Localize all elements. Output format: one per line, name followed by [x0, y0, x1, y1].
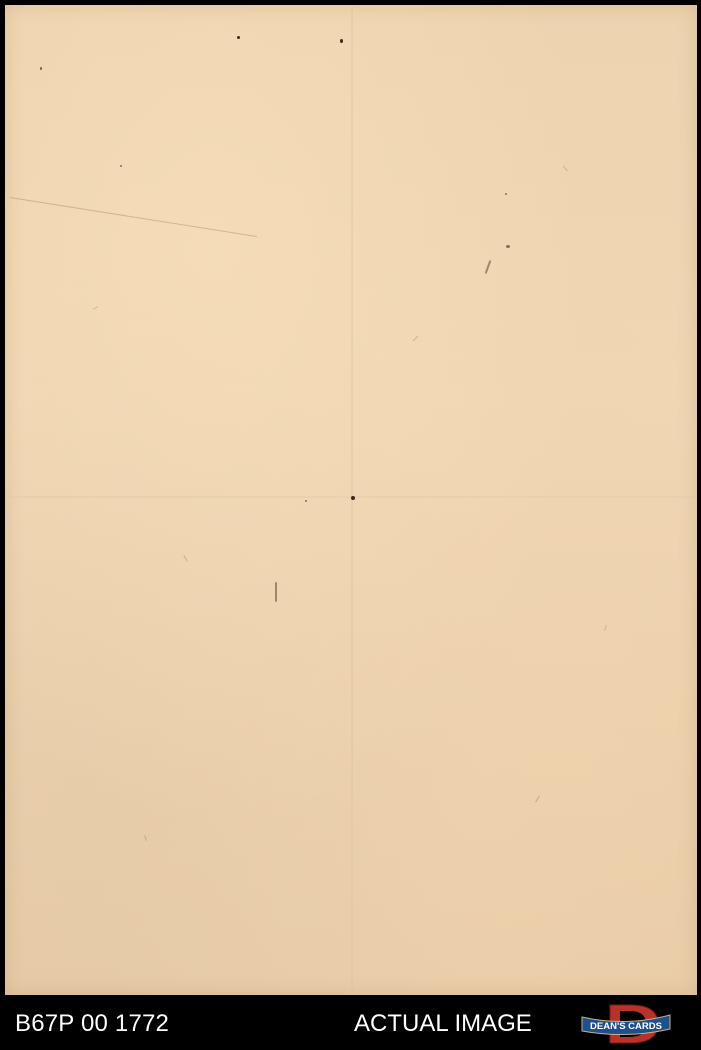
fiber	[144, 835, 147, 841]
deans-cards-logo: DEAN'S CARDS	[580, 1003, 672, 1045]
fiber	[535, 795, 540, 802]
actual-image-label: ACTUAL IMAGE	[354, 1010, 532, 1038]
fiber	[604, 625, 607, 631]
card-id-label: B67P 00 1772	[15, 1010, 169, 1038]
vertical-fold-line	[351, 5, 353, 995]
fiber	[485, 260, 492, 274]
speck	[120, 165, 122, 167]
crease-line	[10, 197, 257, 237]
speck	[340, 39, 343, 43]
speck	[40, 67, 42, 70]
speck	[305, 500, 307, 502]
scan-area	[0, 0, 701, 997]
fiber	[183, 555, 187, 562]
speck	[506, 245, 510, 248]
fiber	[563, 165, 568, 171]
fiber	[93, 306, 99, 310]
speck	[351, 496, 355, 500]
fiber	[275, 582, 277, 602]
logo-text: DEAN'S CARDS	[590, 1021, 662, 1032]
paper-sheet	[5, 5, 697, 995]
footer-bar: B67P 00 1772 ACTUAL IMAGE DEAN'S CARDS	[0, 997, 701, 1050]
fiber	[413, 336, 419, 342]
speck	[505, 193, 507, 195]
speck	[237, 36, 240, 39]
